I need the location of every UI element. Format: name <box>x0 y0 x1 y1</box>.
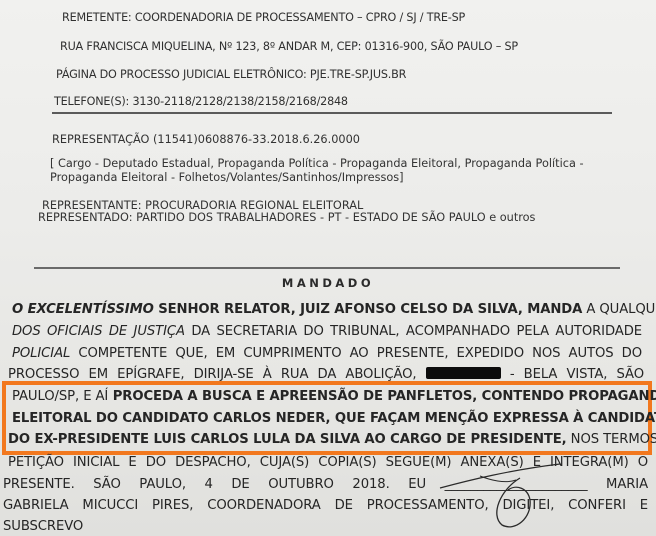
mandado-line-6: ELEITORAL DO CANDIDATO CARLOS NEDER, QUE… <box>12 411 642 426</box>
redaction-bar <box>426 367 501 379</box>
pagina-processo: PÁGINA DO PROCESSO JUDICIAL ELETRÔNICO: … <box>56 68 406 81</box>
telefones: TELEFONE(S): 3130-2118/2128/2138/2158/21… <box>54 95 348 108</box>
representacao: REPRESENTAÇÃO (11541)0608876-33.2018.6.2… <box>52 133 360 146</box>
mandado-title: MANDADO <box>0 276 656 290</box>
representado: REPRESENTADO: PARTIDO DOS TRABALHADORES … <box>38 211 535 224</box>
handwritten-signature <box>420 440 580 530</box>
assunto-line-2: Propaganda Eleitoral - Folhetos/Volantes… <box>50 171 404 184</box>
assunto-line-1: [ Cargo - Deputado Estadual, Propaganda … <box>50 157 584 170</box>
mandado-line-4: PROCESSO EM EPÍGRAFE, DIRIJA-SE À RUA DA… <box>8 367 644 382</box>
mandado-line-1: O EXCELENTÍSSIMO SENHOR RELATOR, JUIZ AF… <box>12 302 642 317</box>
mandado-line-3: POLICIAL COMPETENTE QUE, EM CUMPRIMENTO … <box>12 346 642 361</box>
remetente: REMETENTE: COORDENADORIA DE PROCESSAMENT… <box>62 11 465 24</box>
mandado-line-5: PAULO/SP, E AÍ PROCEDA A BUSCA E APREENS… <box>12 389 642 404</box>
endereco: RUA FRANCISCA MIQUELINA, Nº 123, 8º ANDA… <box>60 40 518 53</box>
divider-top <box>52 112 612 114</box>
divider-middle <box>34 267 620 269</box>
mandado-line-2: DOS OFICIAIS DE JUSTIÇA DA SECRETARIA DO… <box>12 324 642 339</box>
